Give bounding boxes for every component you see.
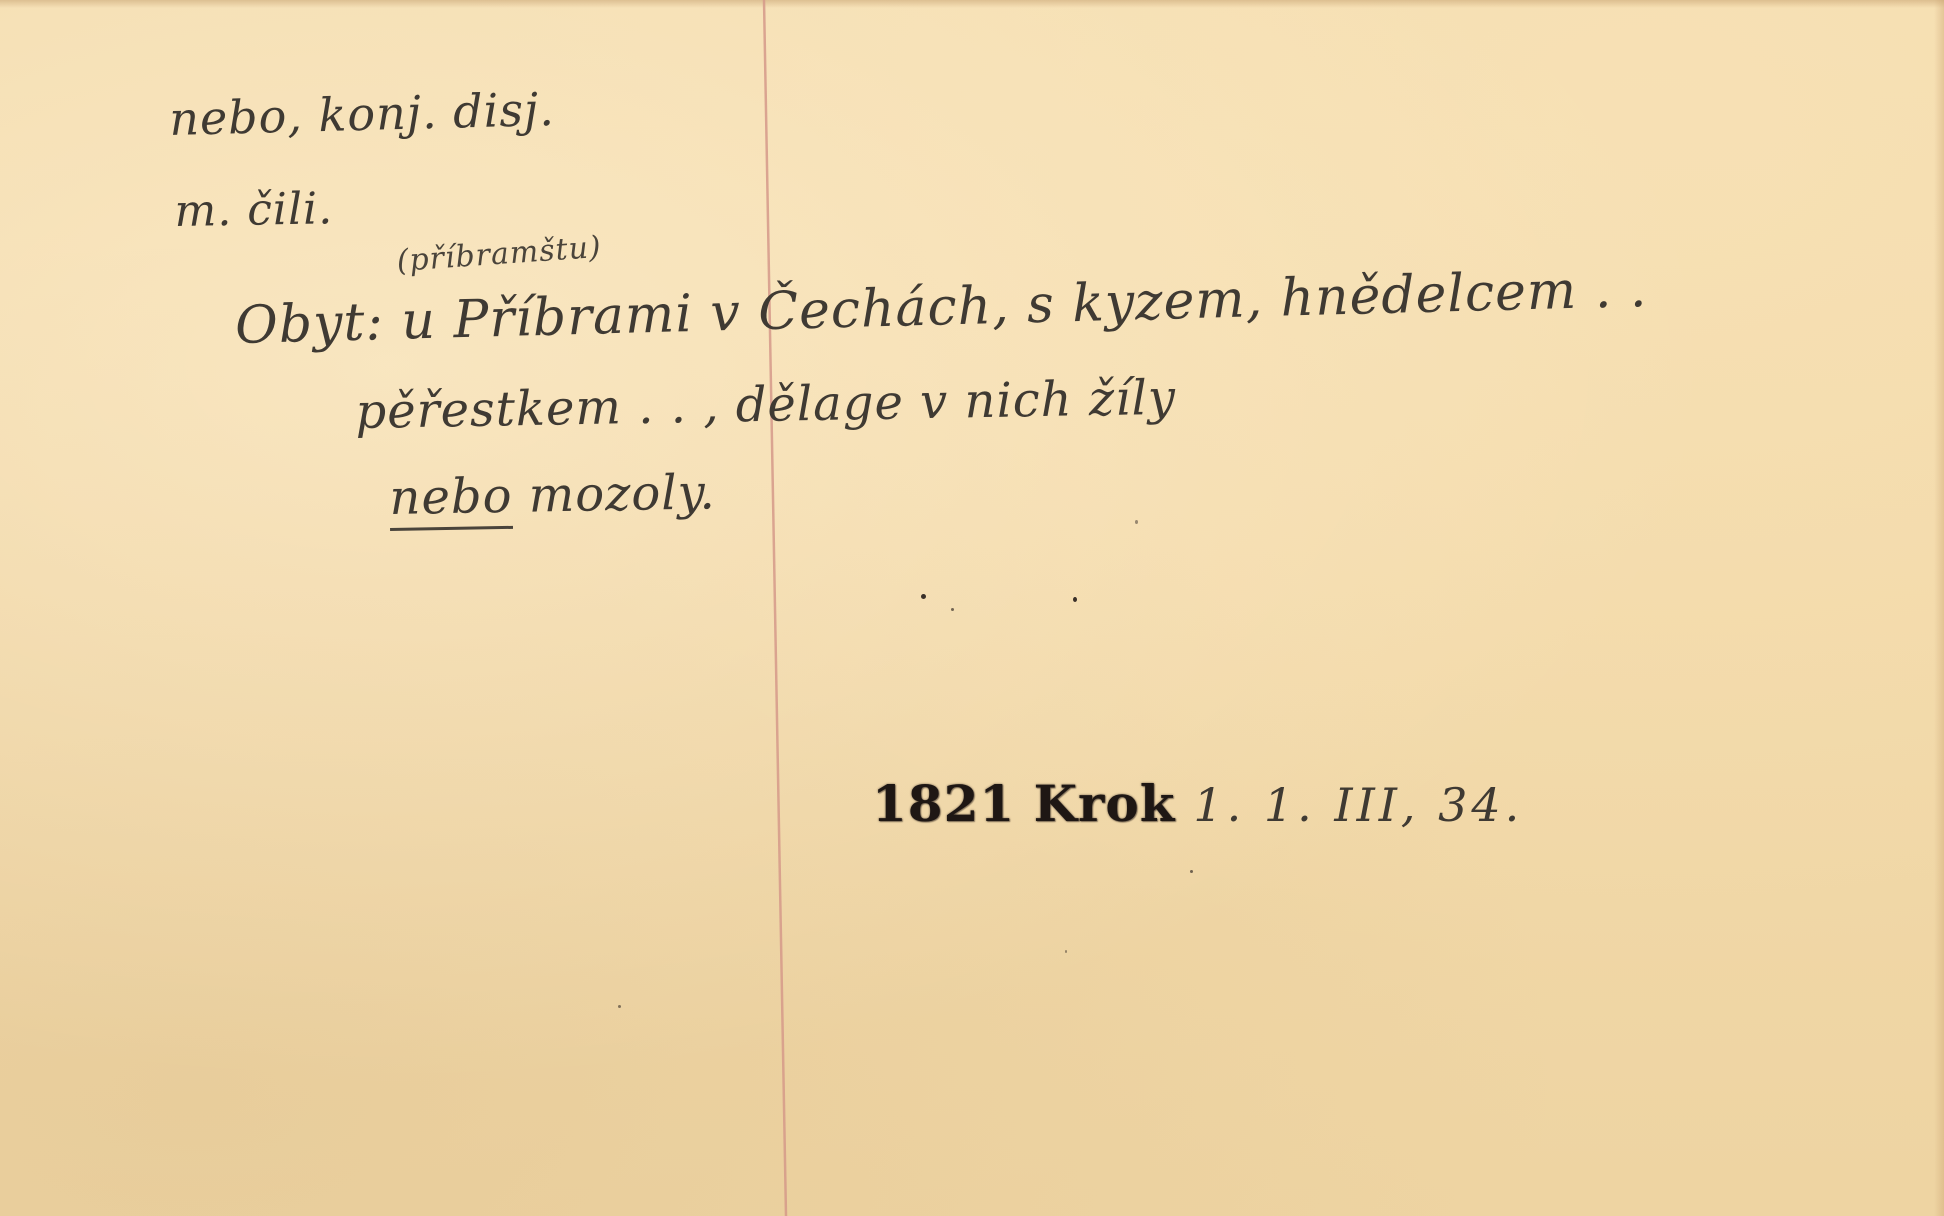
paper-edge-top — [0, 0, 1944, 8]
ink-speck — [618, 1005, 621, 1008]
ink-speck — [951, 608, 954, 611]
entry-example-line-3: nebo mozoly. — [389, 464, 716, 526]
underlined-headword: nebo — [389, 468, 513, 526]
entry-example-line-3-rest: mozoly. — [512, 464, 716, 524]
ink-speck — [1135, 520, 1138, 524]
entry-annotation: (příbramštu) — [396, 230, 603, 279]
entry-headword-line: nebo, konj. disj. — [169, 82, 556, 146]
ink-speck — [921, 594, 926, 599]
source-citation: 1. 1. III, 34. — [1193, 778, 1523, 832]
paper-edge-right — [1934, 0, 1944, 1216]
ink-speck — [1073, 597, 1077, 602]
source-stamp: 1821 Krok — [872, 774, 1175, 833]
entry-synonym-line: m. čili. — [174, 183, 333, 237]
source-reference: 1821 Krok 1. 1. III, 34. — [872, 774, 1523, 833]
paper-slip: nebo, konj. disj. m. čili. (příbramštu) … — [0, 0, 1944, 1216]
entry-example-line-2: pěřestkem . . , dělage v nich žíly — [355, 370, 1176, 440]
ink-speck — [1065, 950, 1067, 953]
ink-speck — [1190, 870, 1193, 873]
red-margin-line — [0, 0, 1944, 1216]
